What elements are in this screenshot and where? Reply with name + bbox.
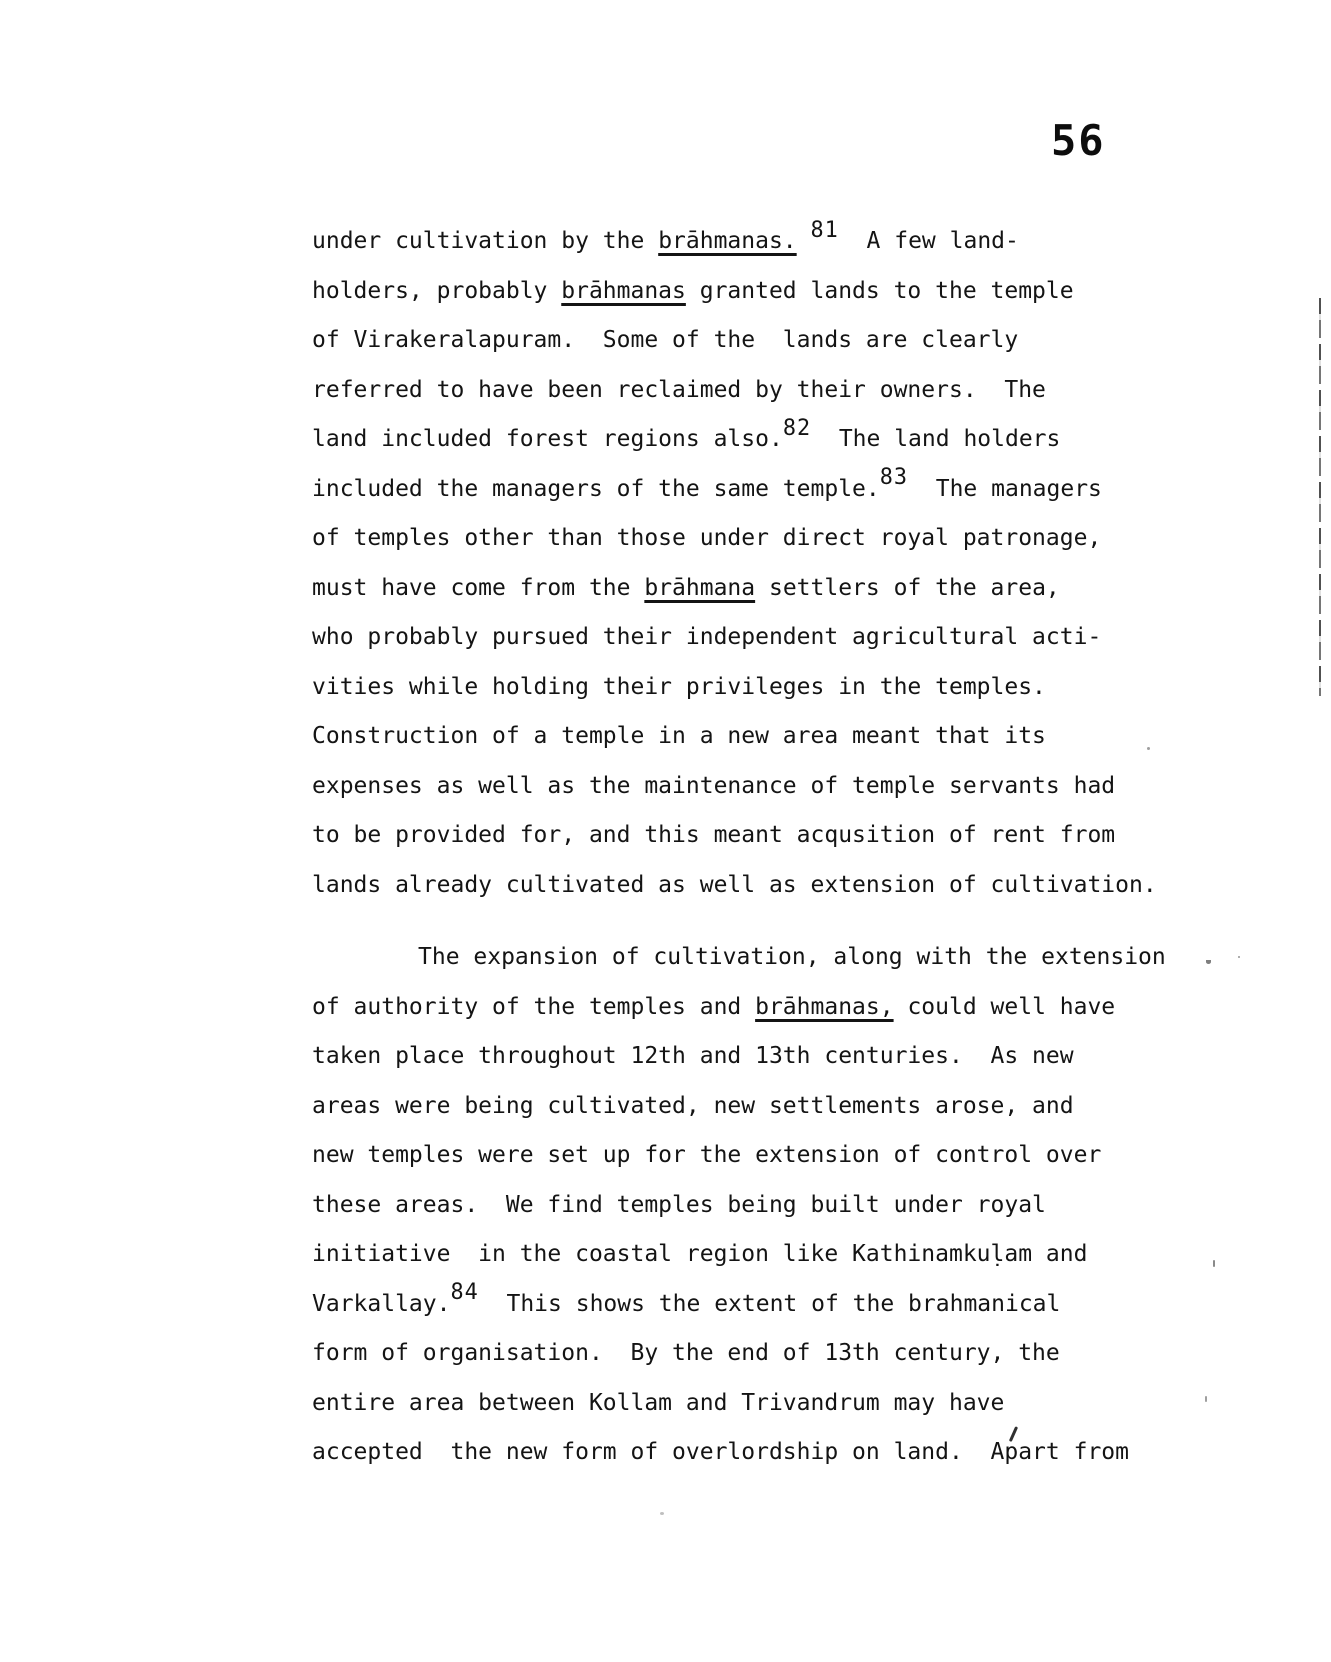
text-run: A few land- xyxy=(839,228,1019,254)
text-run: could well have xyxy=(894,994,1116,1020)
text-run: accepted the new form of overlordship on… xyxy=(312,1439,1129,1465)
text-line: of authority of the temples and brāhmana… xyxy=(312,983,1212,1033)
text-line: must have come from the brāhmana settler… xyxy=(312,564,1212,614)
scan-speckle xyxy=(660,1512,664,1515)
text-run xyxy=(797,228,811,254)
scan-speckle xyxy=(1147,747,1150,750)
text-run: holders, probably xyxy=(312,278,561,304)
underlined-term: brāhmanas xyxy=(561,278,686,304)
text-run: areas were being cultivated, new settlem… xyxy=(312,1093,1074,1119)
footnote-reference: 81 xyxy=(811,218,839,243)
text-line: initiative in the coastal region like Ka… xyxy=(312,1230,1212,1280)
text-line: Varkallay.84 This shows the extent of th… xyxy=(312,1280,1212,1330)
text-run: under cultivation by the xyxy=(312,228,658,254)
scan-speckle xyxy=(1205,1396,1207,1402)
text-run: granted lands to the temple xyxy=(686,278,1074,304)
text-run: who probably pursued their independent a… xyxy=(312,624,1101,650)
text-run: referred to have been reclaimed by their… xyxy=(312,377,1046,403)
scan-speckle xyxy=(1238,956,1240,958)
text-line: Construction of a temple in a new area m… xyxy=(312,712,1212,762)
scan-speckle xyxy=(1206,960,1211,964)
underlined-term: brāhmana xyxy=(644,575,755,601)
footnote-reference: 83 xyxy=(880,465,908,490)
text-line: lands already cultivated as well as exte… xyxy=(312,861,1212,911)
text-run: of temples other than those under direct… xyxy=(312,525,1101,551)
text-line: referred to have been reclaimed by their… xyxy=(312,366,1212,416)
text-run: Construction of a temple in a new area m… xyxy=(312,723,1046,749)
text-line: under cultivation by the brāhmanas. 81 A… xyxy=(312,217,1212,267)
text-line: form of organisation. By the end of 13th… xyxy=(312,1329,1212,1379)
text-run: form of organisation. By the end of 13th… xyxy=(312,1340,1060,1366)
page-number: 56 xyxy=(1051,120,1106,162)
text-run: land included forest regions also. xyxy=(312,426,783,452)
text-line: accepted the new form of overlordship on… xyxy=(312,1428,1212,1478)
text-run: initiative in the coastal region like Ka… xyxy=(312,1241,1087,1267)
text-line: taken place throughout 12th and 13th cen… xyxy=(312,1032,1212,1082)
text-line: included the managers of the same temple… xyxy=(312,465,1212,515)
text-run: taken place throughout 12th and 13th cen… xyxy=(312,1043,1074,1069)
text-run: included the managers of the same temple… xyxy=(312,476,880,502)
text-run: of authority of the temples and xyxy=(312,994,755,1020)
footnote-reference: 84 xyxy=(450,1280,478,1305)
text-run: to be provided for, and this meant acqus… xyxy=(312,822,1115,848)
text-line: holders, probably brāhmanas granted land… xyxy=(312,267,1212,317)
text-line: expenses as well as the maintenance of t… xyxy=(312,762,1212,812)
text-run: these areas. We find temples being built… xyxy=(312,1192,1046,1218)
text-run: The expansion of cultivation, along with… xyxy=(418,944,1166,970)
text-run: new temples were set up for the extensio… xyxy=(312,1142,1101,1168)
text-line: new temples were set up for the extensio… xyxy=(312,1131,1212,1181)
text-run: Varkallay. xyxy=(312,1291,450,1317)
text-run: The managers xyxy=(908,476,1102,502)
paragraph-1: under cultivation by the brāhmanas. 81 A… xyxy=(312,217,1212,910)
text-line: who probably pursued their independent a… xyxy=(312,613,1212,663)
text-line: land included forest regions also.82 The… xyxy=(312,415,1212,465)
text-run: must have come from the xyxy=(312,575,644,601)
text-line: vities while holding their privileges in… xyxy=(312,663,1212,713)
text-run: vities while holding their privileges in… xyxy=(312,674,1046,700)
text-run: settlers of the area, xyxy=(755,575,1060,601)
underlined-term: brāhmanas. xyxy=(658,228,796,254)
text-run: lands already cultivated as well as exte… xyxy=(312,872,1157,898)
paragraph-2: The expansion of cultivation, along with… xyxy=(312,933,1212,1478)
text-run: of Virakeralapuram. Some of the lands ar… xyxy=(312,327,1018,353)
footnote-reference: 82 xyxy=(783,416,811,441)
text-run: entire area between Kollam and Trivandru… xyxy=(312,1390,1004,1416)
text-line: of Virakeralapuram. Some of the lands ar… xyxy=(312,316,1212,366)
text-line: these areas. We find temples being built… xyxy=(312,1181,1212,1231)
text-line: entire area between Kollam and Trivandru… xyxy=(312,1379,1212,1429)
underlined-term: brāhmanas, xyxy=(755,994,893,1020)
text-line: of temples other than those under direct… xyxy=(312,514,1212,564)
scanned-document-page: 56 under cultivation by the brāhmanas. 8… xyxy=(0,0,1331,1662)
text-line: areas were being cultivated, new settlem… xyxy=(312,1082,1212,1132)
text-run: expenses as well as the maintenance of t… xyxy=(312,773,1115,799)
text-line: to be provided for, and this meant acqus… xyxy=(312,811,1212,861)
text-run: This shows the extent of the brahmanical xyxy=(479,1291,1061,1317)
text-run: The land holders xyxy=(811,426,1060,452)
scan-speckle xyxy=(1213,1260,1215,1267)
text-line: The expansion of cultivation, along with… xyxy=(312,933,1212,983)
scan-artifact-vertical-line xyxy=(1319,298,1321,696)
